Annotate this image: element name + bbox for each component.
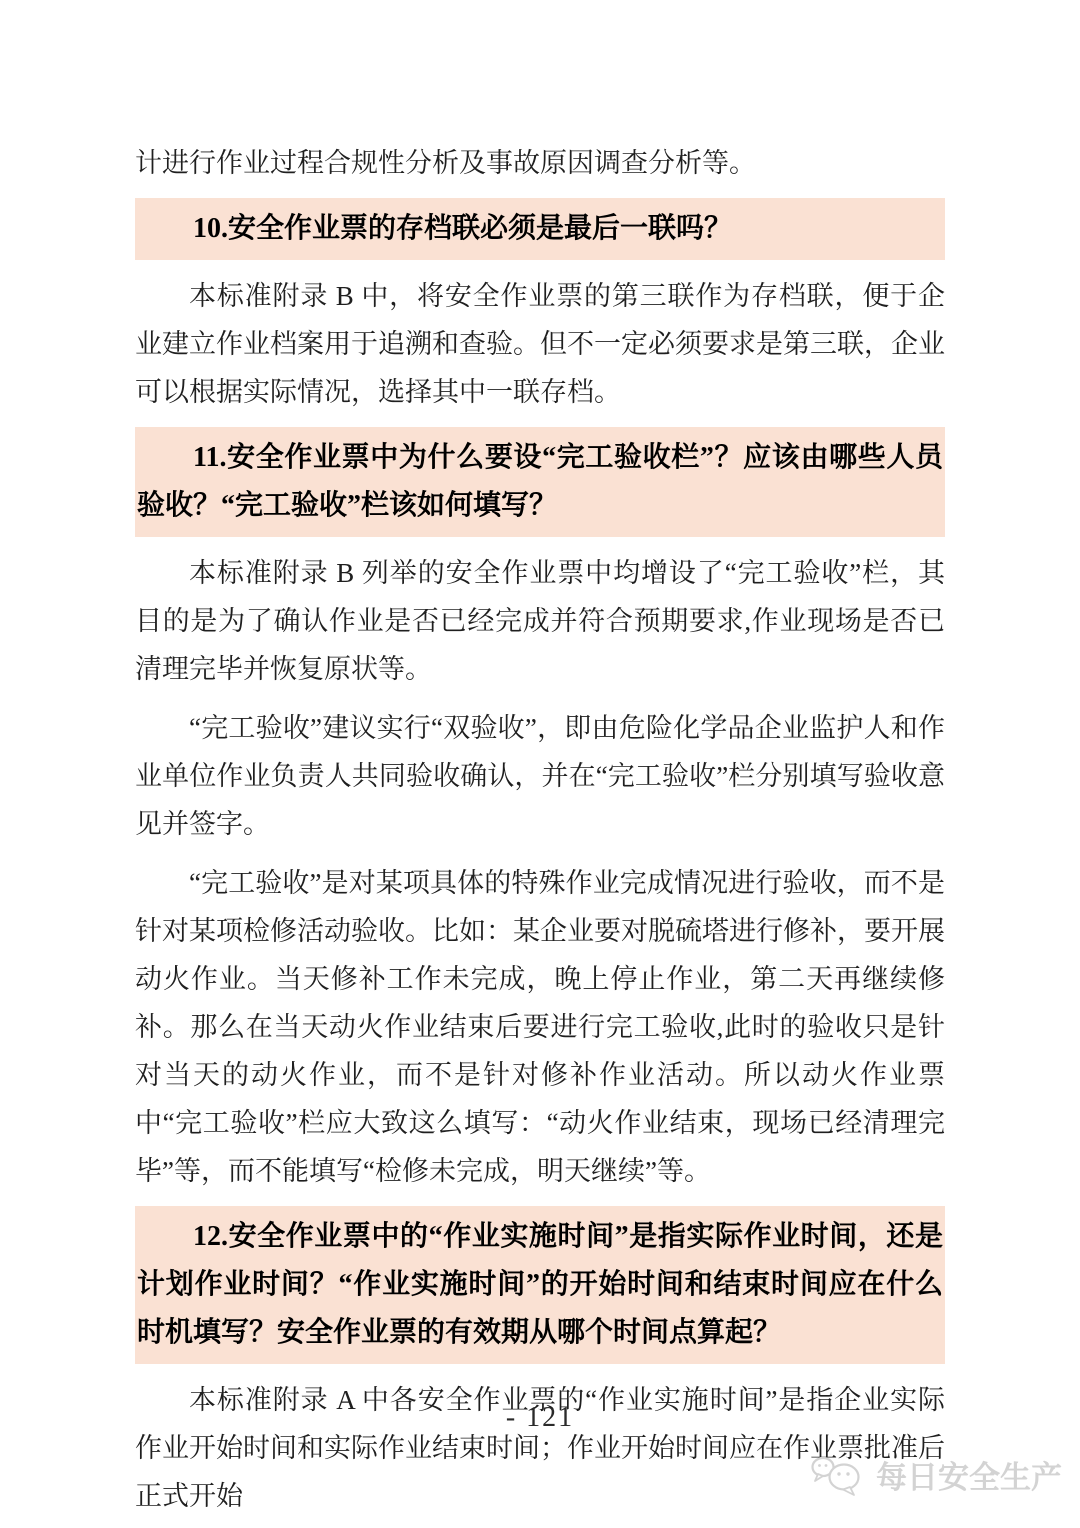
answer-11-paragraph-3: “完工验收”是对某项具体的特殊作业完成情况进行验收，而不是针对某项检修活动验收。… bbox=[135, 859, 945, 1195]
answer-12-paragraph: 本标准附录 A 中各安全作业票的“作业实施时间”是指企业实际作业开始时间和实际作… bbox=[135, 1376, 945, 1520]
question-12-heading: 12.安全作业票中的“作业实施时间”是指实际作业时间，还是计划作业时间？“作业实… bbox=[135, 1206, 945, 1364]
answer-11-paragraph-2: “完工验收”建议实行“双验收”，即由危险化学品企业监护人和作业单位作业负责人共同… bbox=[135, 704, 945, 848]
document-page: 计进行作业过程合规性分析及事故原因调查分析等。 10.安全作业票的存档联必须是最… bbox=[0, 0, 1080, 1528]
watermark-text: 每日安全生产 bbox=[876, 1452, 1062, 1497]
question-11-heading: 11.安全作业票中为什么要设“完工验收栏”？应该由哪些人员验收？“完工验收”栏该… bbox=[135, 427, 945, 537]
question-10-heading: 10.安全作业票的存档联必须是最后一联吗？ bbox=[135, 198, 945, 260]
wechat-icon bbox=[810, 1453, 868, 1497]
answer-10-paragraph: 本标准附录 B 中，将安全作业票的第三联作为存档联，便于企业建立作业档案用于追溯… bbox=[135, 272, 945, 416]
watermark: 每日安全生产 bbox=[810, 1452, 1062, 1497]
page-number: - 121 bbox=[0, 1402, 1080, 1434]
paragraph-continuation: 计进行作业过程合规性分析及事故原因调查分析等。 bbox=[135, 139, 945, 187]
answer-11-paragraph-1: 本标准附录 B 列举的安全作业票中均增设了“完工验收”栏，其目的是为了确认作业是… bbox=[135, 549, 945, 693]
